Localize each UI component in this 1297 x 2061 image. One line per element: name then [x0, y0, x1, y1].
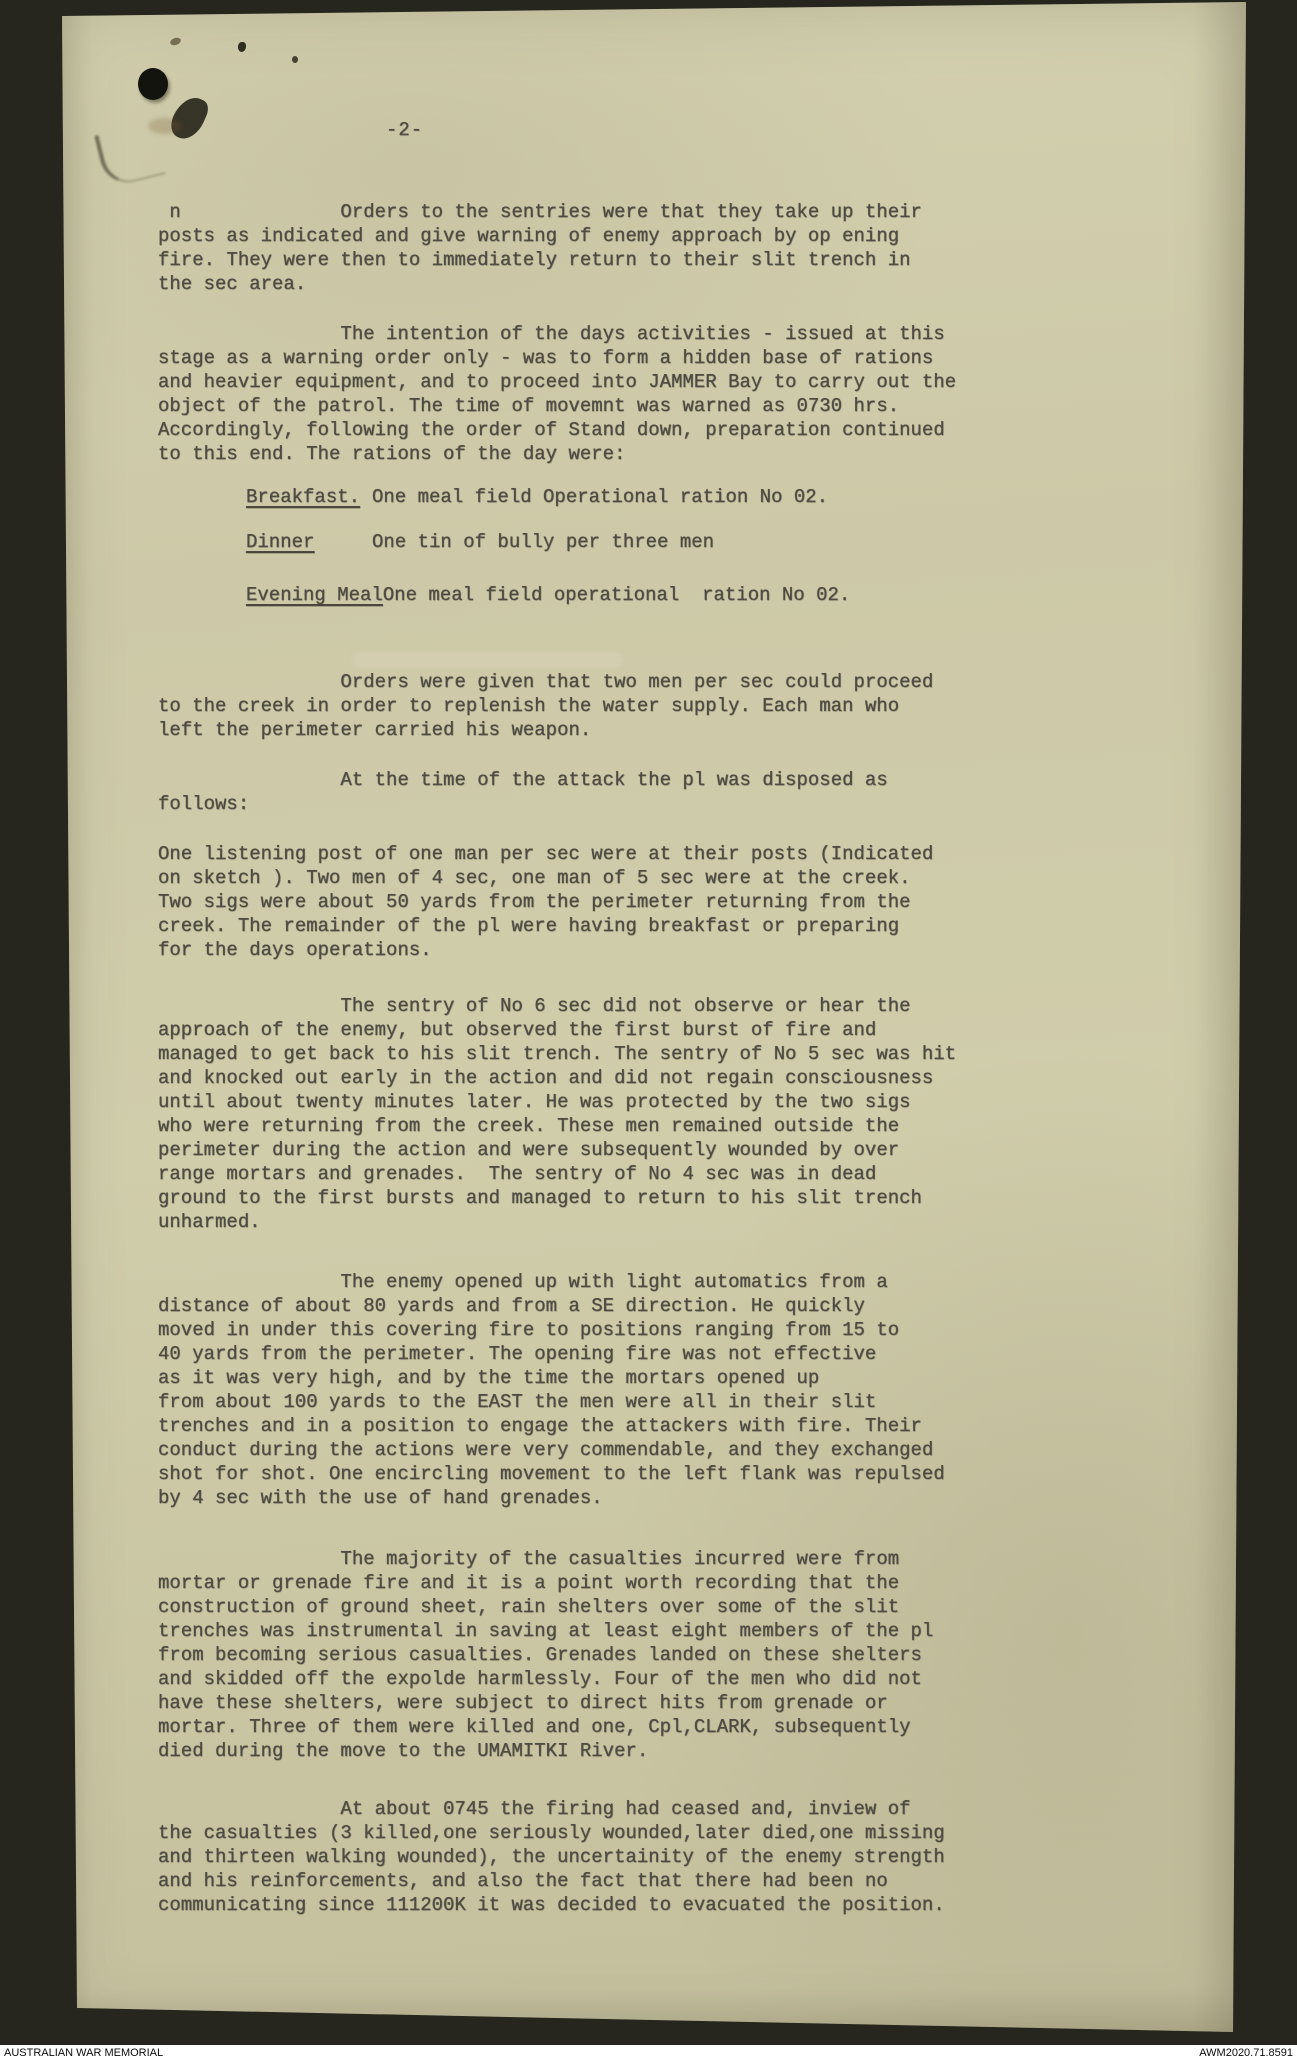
ration-label: Evening Meal [246, 583, 383, 607]
ration-description: One meal field Operational ration No 02. [372, 486, 828, 508]
paragraph-water-supply: Orders were given that two men per sec c… [158, 670, 1018, 742]
paragraph-casualties-shelters: The majority of the casualties incurred … [158, 1547, 1018, 1763]
ration-label: Breakfast. [246, 485, 372, 509]
ration-row-breakfast: Breakfast.One meal field Operational rat… [158, 485, 828, 509]
page-number: -2- [386, 118, 423, 142]
paper-chip [169, 36, 182, 46]
ration-description: One tin of bully per three men [372, 531, 714, 553]
paragraph-orders-to-sentries: n Orders to the sentries were that they … [158, 200, 1018, 296]
scanned-document-viewer: { "colors": { "background": "#26261f", "… [0, 0, 1297, 2061]
paragraph-sentries-during-attack: The sentry of No 6 sec did not observe o… [158, 994, 1018, 1234]
paragraph-listening-posts: One listening post of one man per sec we… [158, 842, 1018, 962]
catalog-number: AWM2020.71.8591 [1199, 2045, 1293, 2061]
ration-label: Dinner [246, 530, 372, 554]
ration-row-evening-meal: Evening MealOne meal field operational r… [158, 583, 850, 607]
punch-hole [138, 68, 168, 100]
document-page: -2- n Orders to the sentries were that t… [52, 0, 1248, 2038]
footer-bar: AUSTRALIAN WAR MEMORIAL AWM2020.71.8591 [0, 2045, 1297, 2061]
ration-row-dinner: DinnerOne tin of bully per three men [158, 530, 714, 554]
ink-speck [292, 56, 298, 63]
ink-speck [238, 42, 246, 52]
erasure-mark [352, 652, 622, 668]
paragraph-intention-of-day: The intention of the days activities - i… [158, 322, 1018, 466]
ration-description: One meal field operational ration No 02. [383, 584, 850, 606]
archive-name: AUSTRALIAN WAR MEMORIAL [4, 2045, 163, 2061]
paragraph-time-of-attack: At the time of the attack the pl was dis… [158, 768, 1018, 816]
paragraph-decision-to-evacuate: At about 0745 the firing had ceased and,… [158, 1797, 1018, 1917]
stain-smudge [148, 118, 182, 134]
paragraph-enemy-opened-fire: The enemy opened up with light automatic… [158, 1270, 1018, 1510]
